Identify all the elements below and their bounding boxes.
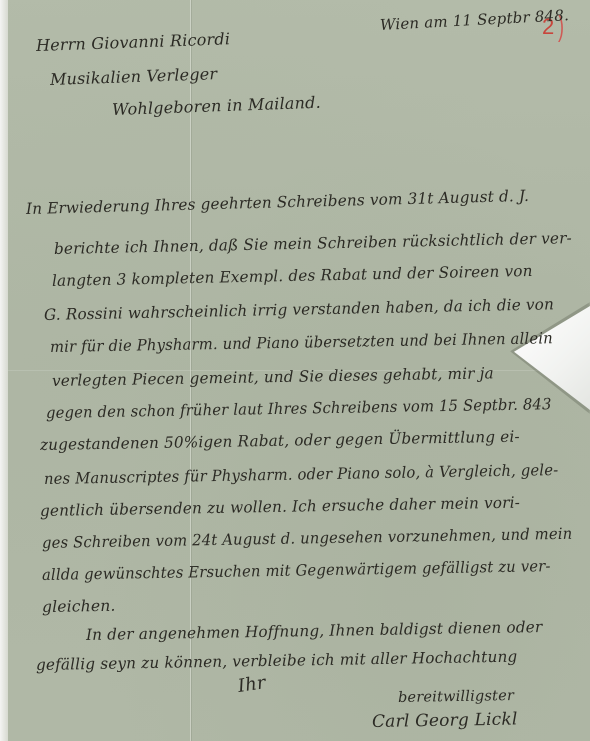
closing-mark: Ihr xyxy=(237,672,268,697)
scan-margin xyxy=(0,0,8,741)
body-line-13: gleichen. xyxy=(42,597,116,616)
closing-phrase: bereitwilligster xyxy=(398,688,514,706)
signature: Carl Georg Lickl xyxy=(372,709,518,732)
